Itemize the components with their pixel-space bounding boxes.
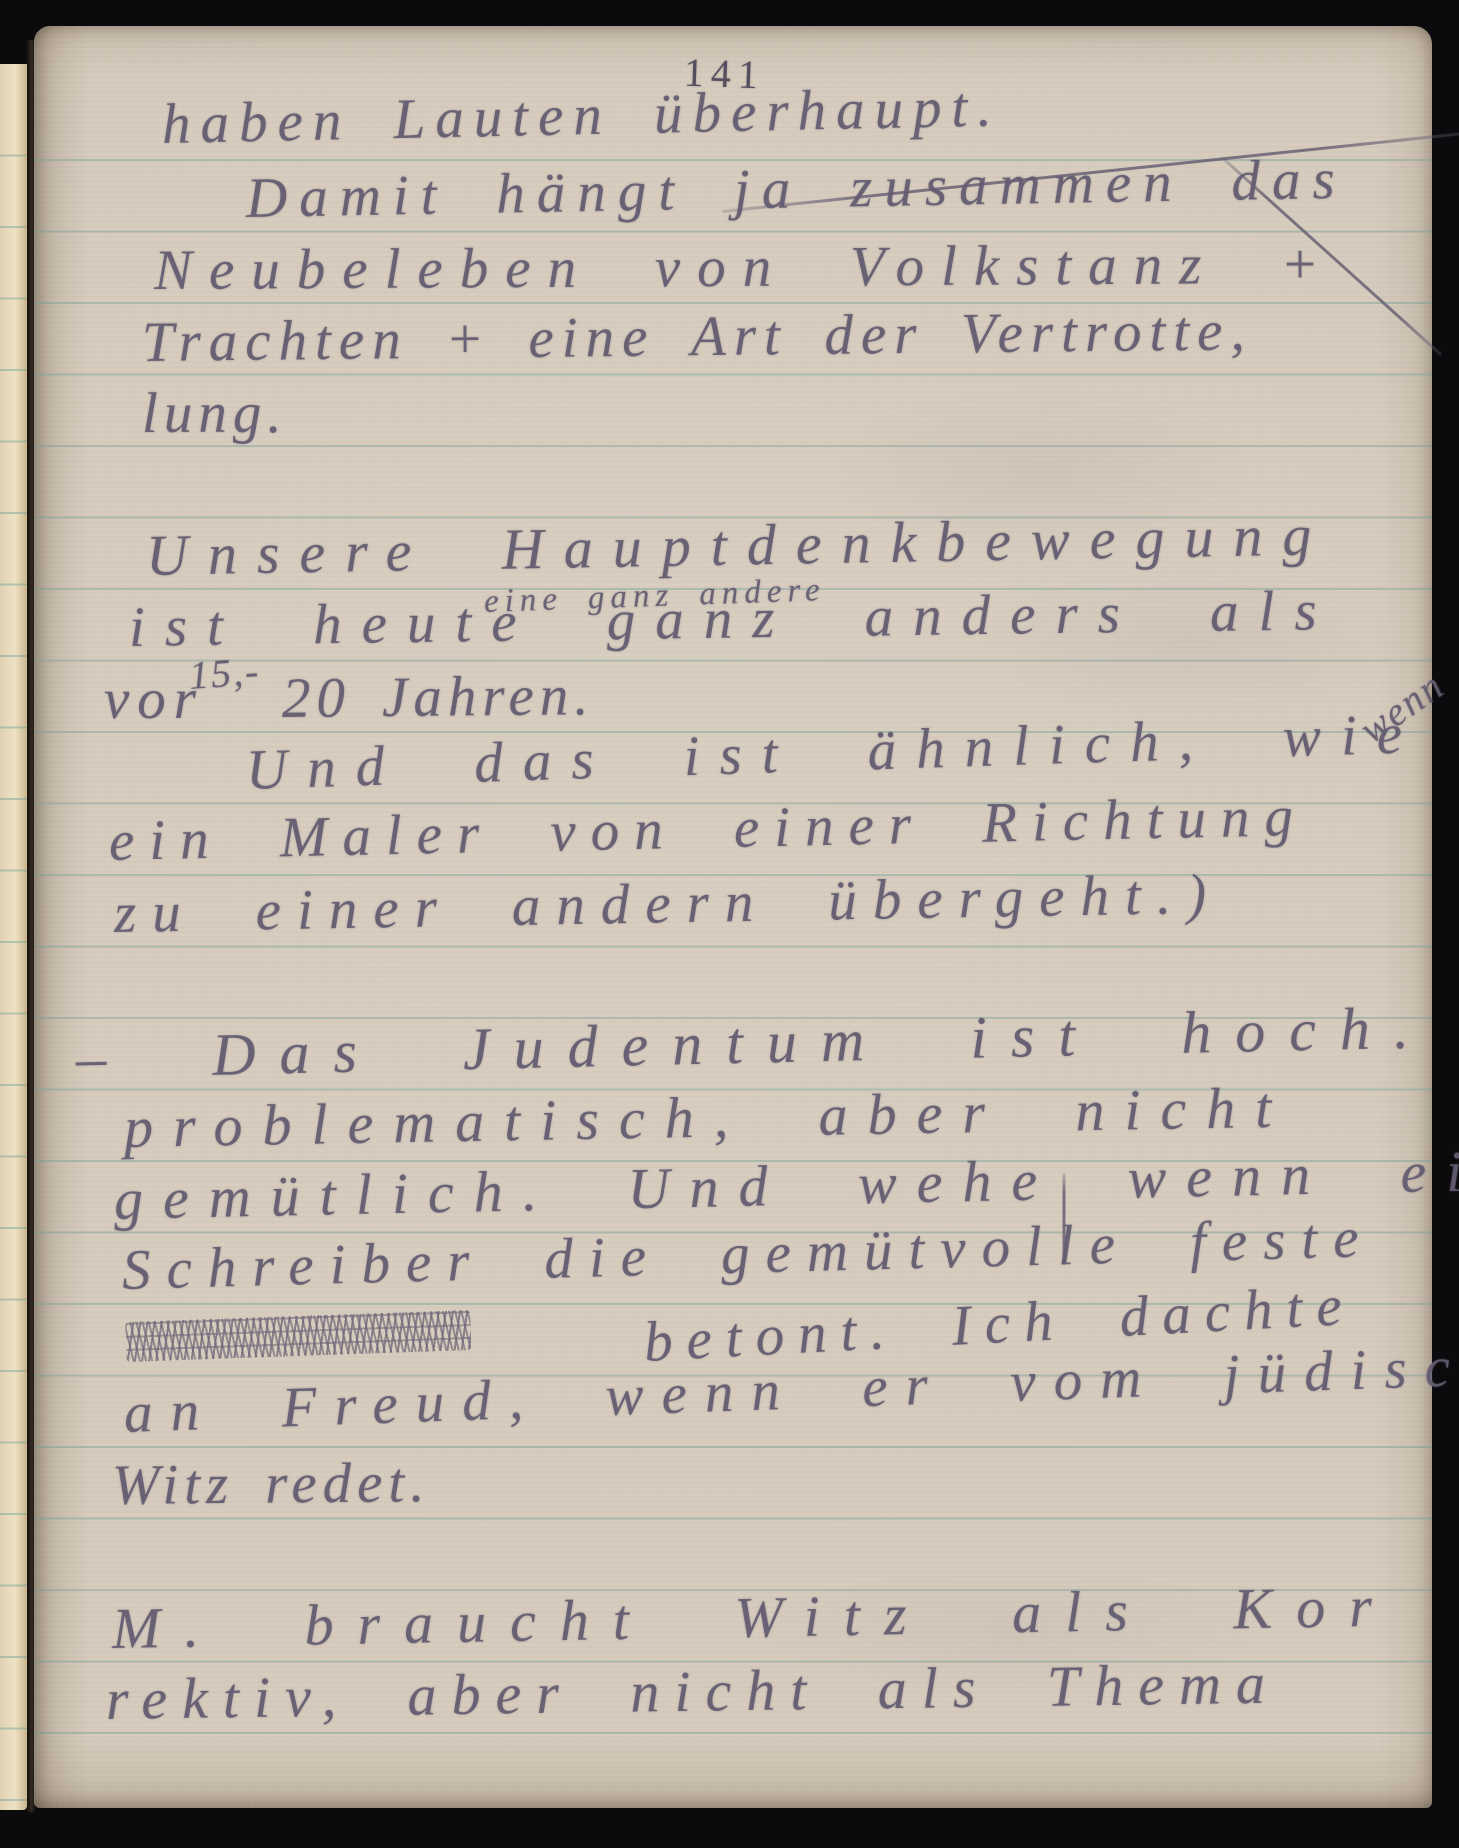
notebook-paper: 141 haben Lauten überhaupt.Damit hängt j… <box>34 26 1432 1808</box>
previous-page-edge <box>0 64 27 1810</box>
scribbled-out-word <box>125 1310 471 1362</box>
handwritten-line: Trachten + eine Art der Vertrotte, <box>142 302 1253 371</box>
handwritten-line: Unsere Hauptdenkbewegung <box>145 506 1331 585</box>
handwritten-line: lung. <box>142 385 288 442</box>
handwritten-line: Neubeleben von Volkstanz + <box>154 236 1336 299</box>
handwritten-line: M. braucht Witz als Kor <box>111 1578 1396 1658</box>
handwriting-layer: haben Lauten überhaupt.Damit hängt ja zu… <box>34 26 1432 1808</box>
handwritten-line: – Das Judentum ist hoch. <box>75 997 1433 1088</box>
previous-page-ruled-lines <box>0 85 27 1802</box>
scanned-notebook-page: 141 haben Lauten überhaupt.Damit hängt j… <box>0 0 1459 1848</box>
handwritten-line: ist heute ganz anders als <box>129 582 1337 656</box>
handwritten-line: Witz redet. <box>112 1454 431 1514</box>
handwritten-line: haben Lauten überhaupt. <box>161 78 1002 153</box>
handwritten-line: 20 Jahren. <box>282 667 595 727</box>
handwritten-line: zu einer andern übergeht.) <box>114 866 1223 942</box>
superscript-insert: 15,- <box>188 651 262 696</box>
pencil-caret-stroke <box>1063 1174 1066 1266</box>
handwritten-line: rektiv, aber nicht als Thema <box>106 1655 1281 1729</box>
